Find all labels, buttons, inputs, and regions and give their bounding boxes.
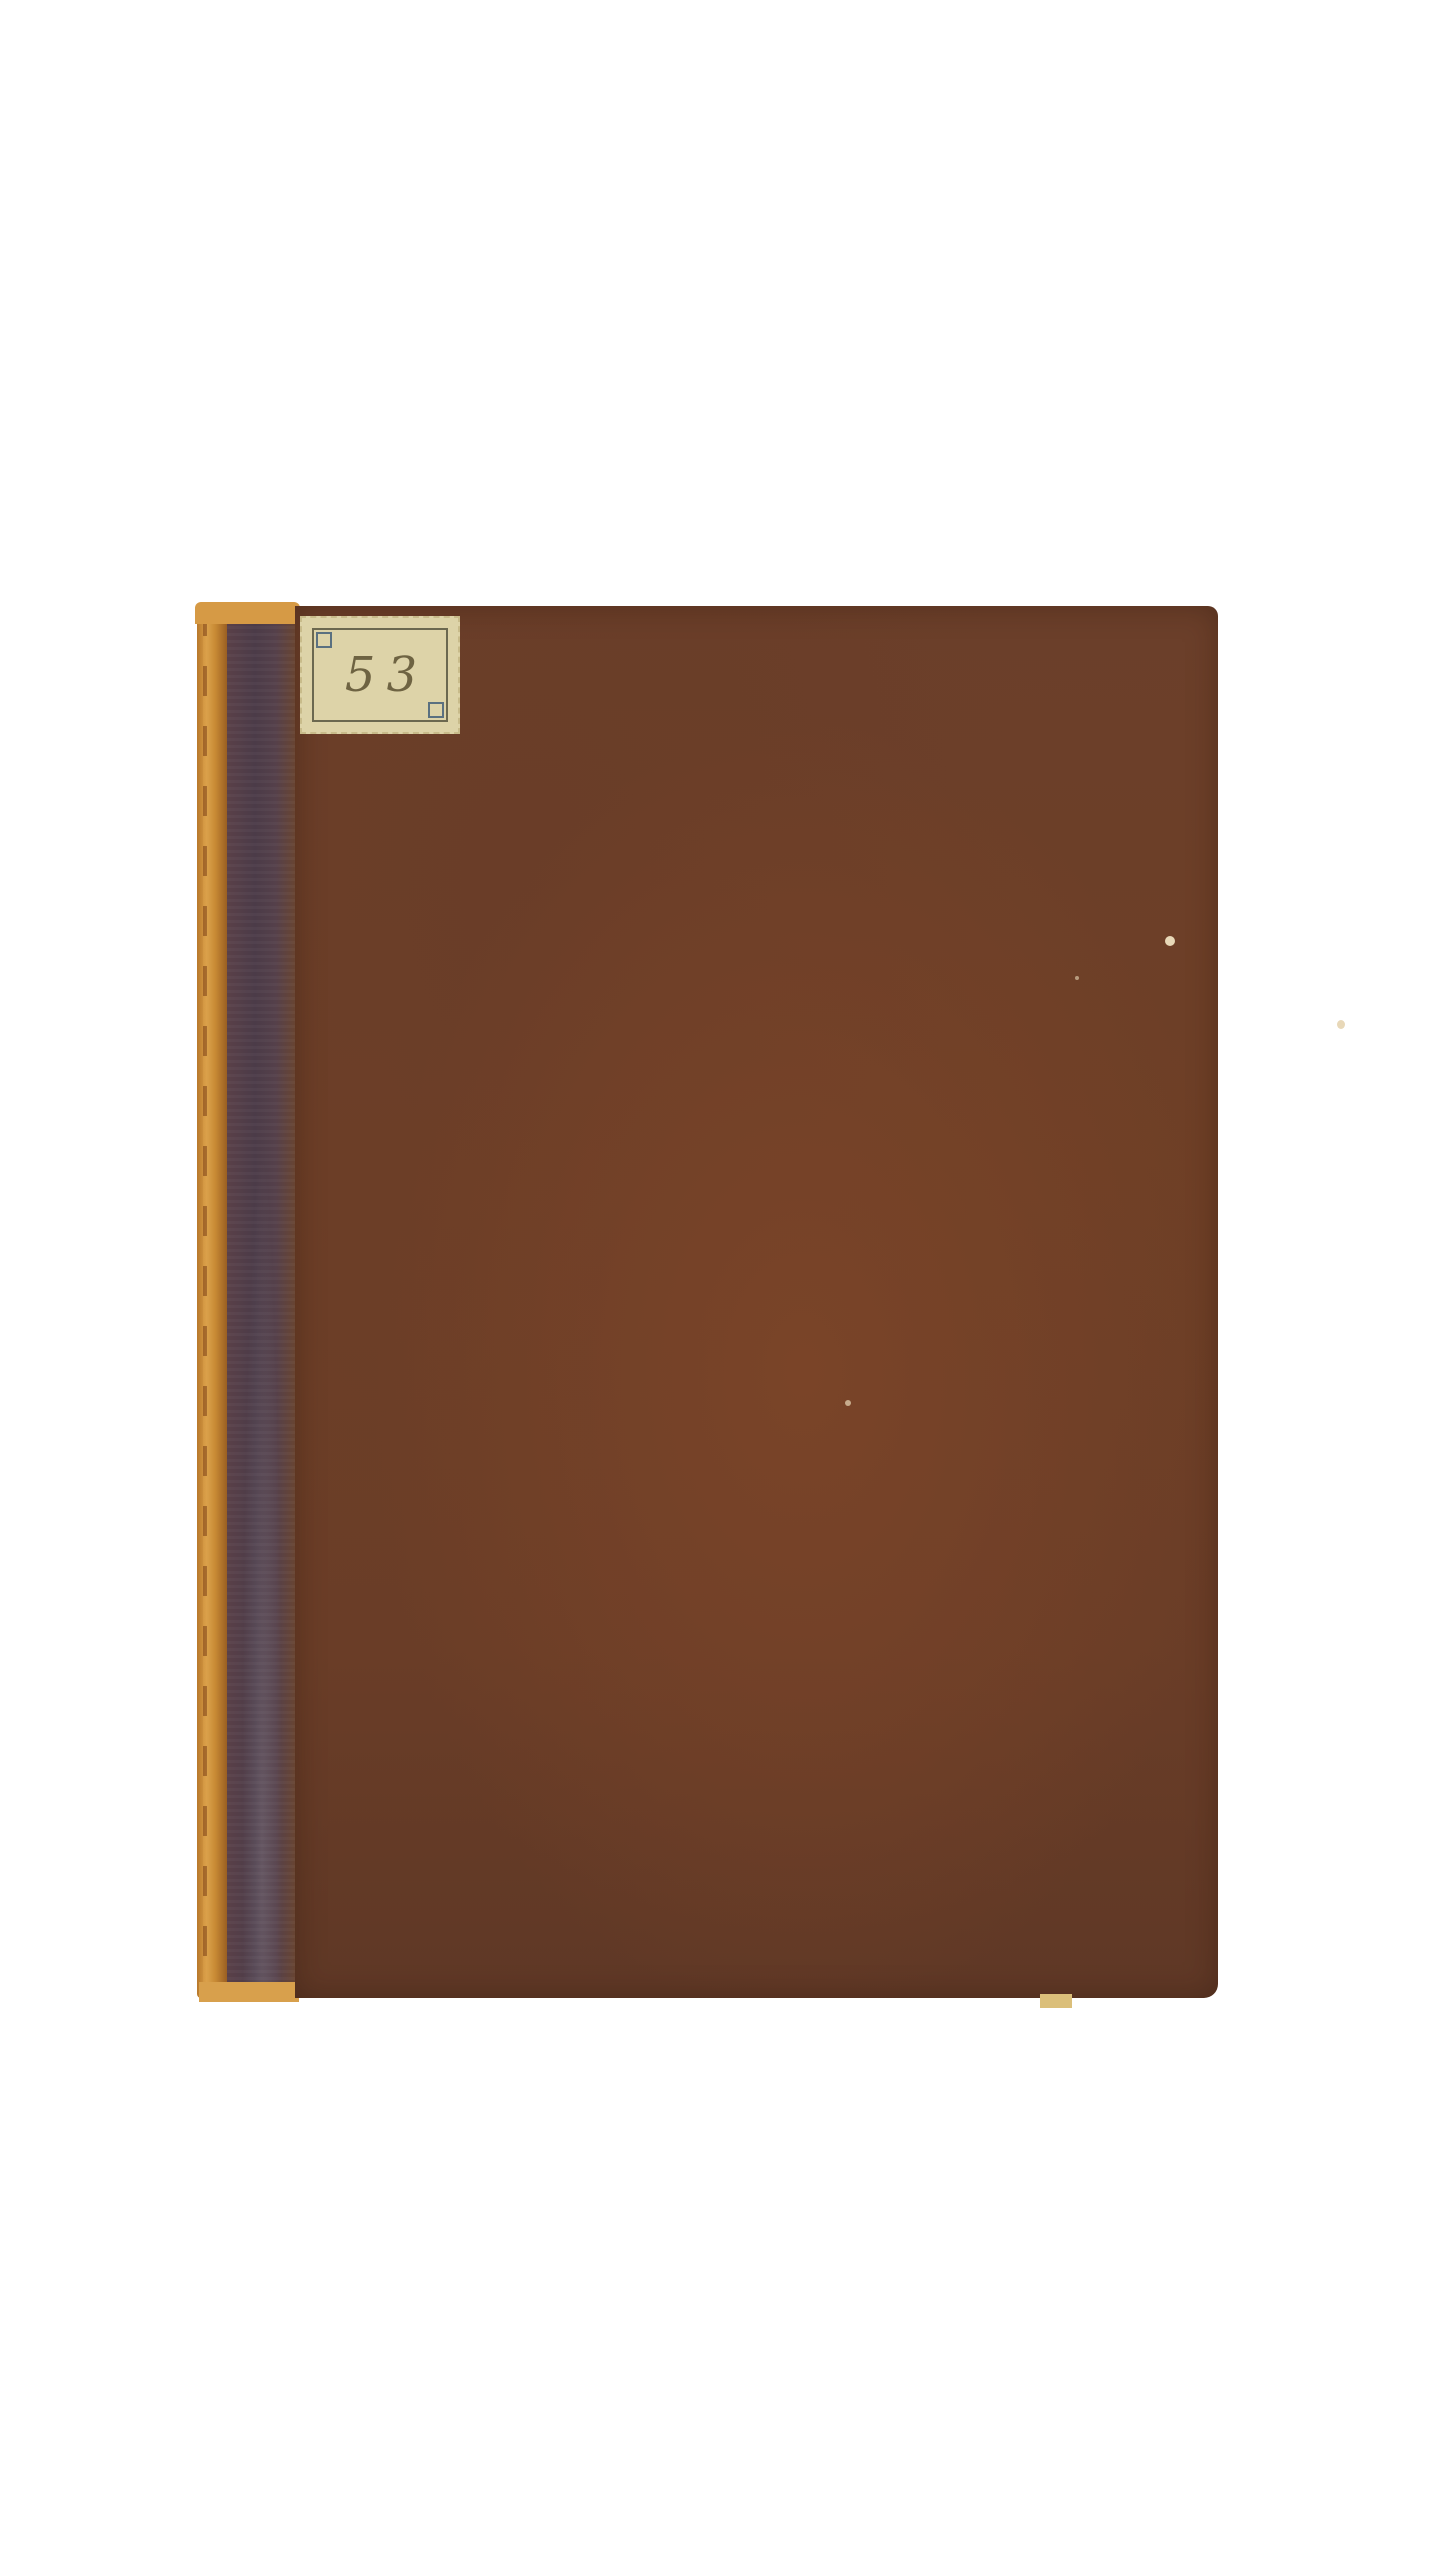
spine-edge (197, 606, 227, 1998)
spine-top-wear (195, 602, 300, 624)
cover-spot (1075, 976, 1079, 980)
label-number: 5 3 (312, 628, 448, 722)
bottom-tab (1040, 1994, 1072, 2008)
spine-bottom-wear (199, 1982, 299, 2002)
cover-spot (845, 1400, 851, 1406)
cover-spot (1165, 936, 1175, 946)
book: 5 3 (185, 606, 1218, 1998)
spine-leather (227, 612, 297, 1994)
cover-spot (1337, 1020, 1345, 1029)
front-cover (295, 606, 1218, 1998)
shelf-label: 5 3 (300, 616, 460, 734)
